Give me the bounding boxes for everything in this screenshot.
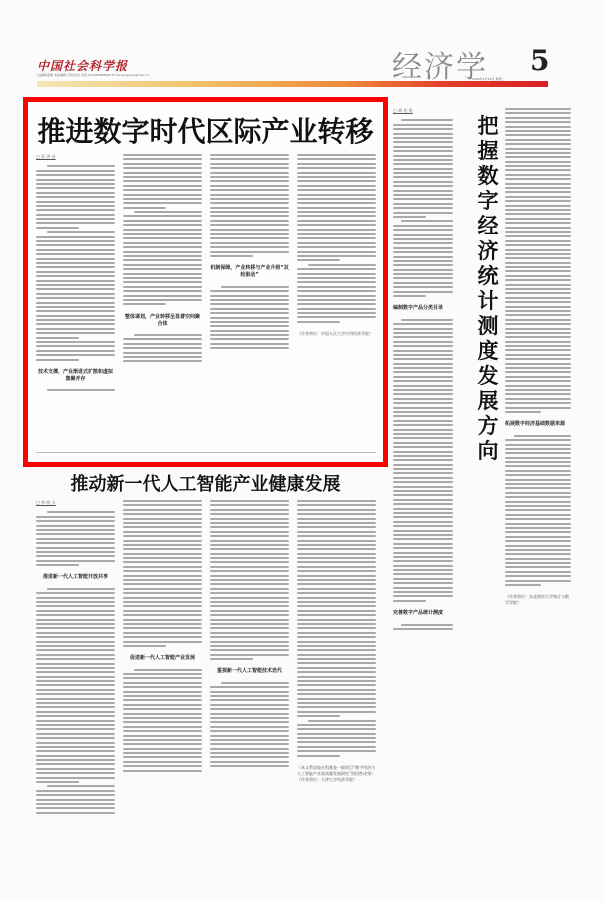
article-credit: （本文系国家社科基金一般项目“数字经济与人工智能产业高质量发展研究”阶段性成果）…	[297, 765, 376, 783]
article-column: 拓展数字经济基础数据来源 （作者单位：东北财经大学统计与数学学院）	[505, 108, 571, 848]
gradient-rule	[37, 81, 548, 87]
article-column: 促进新一代人工智能产业发展	[123, 500, 202, 860]
article-digital-economy-statistics[interactable]: □ 胡 光 贵 编制数字产品分类目录 完善数字产品统计测度	[393, 108, 583, 868]
article-column: （作者单位：中国人民大学应用经济学院）	[297, 154, 376, 444]
article-column: □ 李 明 天 推进新一代人工智能开放共享	[36, 500, 115, 860]
article-subhead: 完善数字产品统计测度	[393, 610, 453, 617]
article-subhead: 技术支撑，产业渐进式扩散和虚拟集聚并存	[36, 369, 115, 383]
article-ai-industry[interactable]: 推动新一代人工智能产业健康发展 □ 李 明 天 推进新一代人工智能开放共享	[28, 470, 383, 900]
article-subhead: 重视新一代人工智能技术迭代	[210, 668, 289, 675]
article-column: □ 胡 光 贵 编制数字产品分类目录 完善数字产品统计测度	[393, 108, 453, 848]
article-column: 重视新一代人工智能技术迭代	[210, 500, 289, 860]
article-subhead: 推进新一代人工智能开放共享	[36, 574, 115, 581]
article-column: 机制保障，产业转移与产业升级“双轮驱动”	[210, 154, 289, 444]
article-subhead: 编制数字产品分类目录	[393, 305, 453, 312]
article-column: 整体谋划，产业转移呈显著空间聚合体	[123, 154, 202, 444]
article-subhead: 整体谋划，产业转移呈显著空间聚合体	[123, 314, 202, 328]
divider	[36, 452, 376, 453]
article-credit: （作者单位：东北财经大学统计与数学学院）	[505, 594, 571, 606]
article-column: □ 袁 洪 昌 技术支撑，产业渐进式扩散和虚拟集聚并存	[36, 154, 115, 444]
article-author: □ 李 明 天	[36, 500, 115, 506]
article-regional-industry-transfer[interactable]: 推进数字时代区际产业转移 □ 袁 洪 昌 技术支撑，产业渐进式扩散和虚拟集聚并存	[28, 102, 383, 462]
page-number: 5	[530, 44, 549, 77]
article-headline: 推进数字时代区际产业转移	[28, 110, 383, 150]
article-subhead: 促进新一代人工智能产业发展	[123, 655, 202, 662]
article-author: □ 袁 洪 昌	[36, 154, 115, 160]
article-headline: 推动新一代人工智能产业健康发展	[28, 470, 383, 496]
article-subhead: 拓展数字经济基础数据来源	[505, 421, 571, 428]
masthead: 中国社会科学报 总编辑/高翔 本版编辑/ 责任校对 电话:(010)858850…	[0, 0, 603, 95]
article-author: □ 胡 光 贵	[393, 108, 453, 114]
newspaper-contact-info: 总编辑/高翔 本版编辑/ 责任校对 电话:(010)85885000 E-mai…	[37, 73, 149, 77]
article-credit: （作者单位：中国人民大学应用经济学院）	[297, 331, 376, 337]
newspaper-logo: 中国社会科学报	[37, 57, 128, 74]
article-subhead: 机制保障，产业转移与产业升级“双轮驱动”	[210, 265, 289, 279]
article-headline-vertical: 把握数字经济统计测度发展方向	[476, 114, 500, 464]
article-column: （本文系国家社科基金一般项目“数字经济与人工智能产业高质量发展研究”阶段性成果）…	[297, 500, 376, 860]
